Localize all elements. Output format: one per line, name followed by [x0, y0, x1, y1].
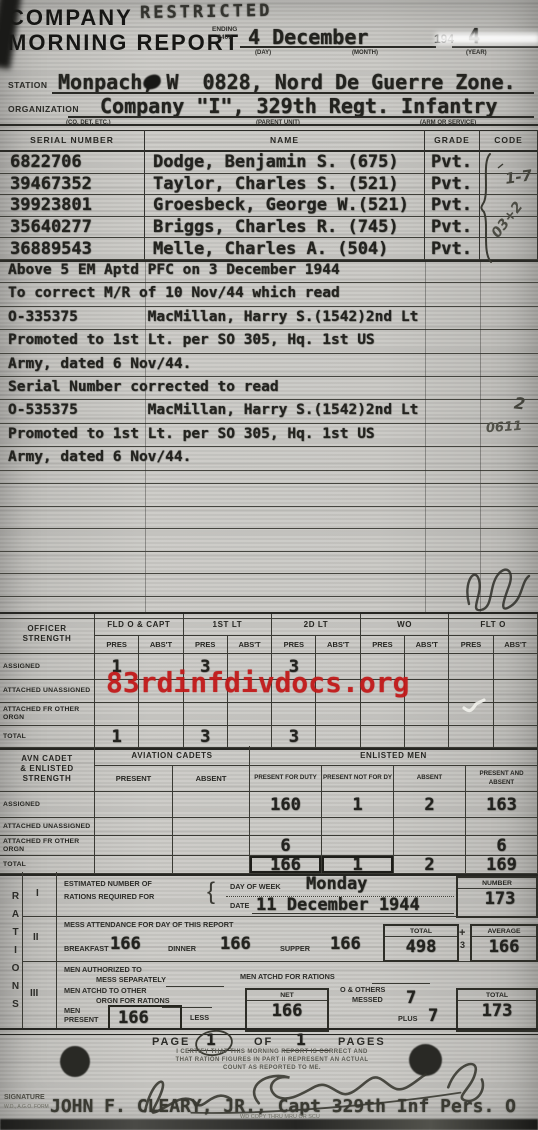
signature-label: SIGNATURE	[4, 1094, 45, 1101]
pres-header: PRES	[449, 636, 493, 654]
officer-word: OFFICER	[27, 624, 66, 634]
pres-header: PRES	[361, 636, 405, 654]
subheader-present-not-for-dy: PRESENT NOT FOR DY	[322, 766, 394, 792]
col-header-name: NAME	[145, 130, 425, 152]
enlisted-cell	[173, 792, 250, 818]
pres-header: PRES	[184, 636, 228, 654]
enlisted-strength-table: AVN CADET & ENLISTED STRENGTH AVIATION C…	[0, 746, 538, 876]
table-row: Groesbeck, George W.(521)	[145, 195, 425, 217]
officer-cell	[494, 654, 538, 680]
table-row: Dodge, Benjamin S. (675)	[145, 152, 425, 174]
table-row: Pvt.	[425, 174, 480, 196]
year-sublabel: (YEAR)	[466, 50, 487, 56]
number-box: NUMBER 173	[456, 876, 538, 918]
remark-line: O-535375 MacMillan, Harry S.(1542)2nd Lt	[0, 400, 538, 423]
estimated-rations-label2: RATIONS REQUIRED FOR	[64, 892, 154, 901]
officer-cell	[316, 703, 360, 726]
subheader-absent: ABSENT	[173, 766, 250, 792]
organization-underline	[68, 116, 534, 118]
enlisted-cell	[95, 792, 173, 818]
rations-side-label: RATIONS	[3, 878, 21, 1030]
form-title-line1: COMPANY	[8, 5, 133, 31]
strength-word: STRENGTH	[23, 634, 72, 644]
officer-cell: 1	[95, 726, 139, 748]
men-authorized-label: MEN AUTHORIZED TO	[64, 965, 142, 974]
enlisted-cell	[394, 818, 466, 836]
pres-header: PRES	[95, 636, 139, 654]
officer-cell	[449, 654, 493, 680]
rations-bottom-rule	[0, 1028, 538, 1035]
form-number-note: W.D., A.G.O. FORM	[4, 1104, 49, 1110]
row-attached-unassigned: ATTACHED UNASSIGNED	[0, 680, 95, 703]
restricted-stamp: RESTRICTED	[140, 1, 273, 23]
strength-word: STRENGTH	[23, 774, 72, 784]
divide-plus-sign: +	[459, 927, 465, 939]
month-sublabel: (MONTH)	[352, 50, 378, 56]
remark-text: O-335375 MacMillan, Harry S.(1542)2nd Lt	[8, 309, 418, 325]
men-present-box: 166	[108, 1005, 182, 1030]
dinner-label: DINNER	[168, 944, 196, 953]
abst-header: ABS'T	[139, 636, 183, 654]
officer-cell	[449, 726, 493, 748]
group-flt-o: FLT O	[449, 614, 538, 636]
men-present-value: 166	[118, 1008, 149, 1028]
rations-divider	[22, 872, 23, 1030]
table-row: 39923801	[0, 195, 145, 217]
officer-strength-header: OFFICER STRENGTH	[0, 614, 95, 654]
table-row: Pvt.	[425, 195, 480, 217]
officer-cell	[405, 703, 449, 726]
remark-text: Serial Number corrected to read	[8, 379, 279, 395]
officer-cell	[494, 703, 538, 726]
year-underline	[452, 46, 538, 48]
remark-line: Above 5 EM Aptd PFC on 3 December 1944	[0, 260, 538, 283]
officer-cell: 3	[184, 726, 228, 748]
remark-text: Promoted to 1st Lt. per SO 305, Hq. 1st …	[8, 426, 375, 442]
less-label: LESS	[190, 1013, 209, 1022]
number-label: NUMBER	[458, 878, 536, 889]
table-row: 6822706	[0, 152, 145, 174]
net-box: NET 166	[245, 988, 329, 1032]
day-of-week-value: Monday	[306, 874, 367, 894]
plus-label: PLUS	[398, 1014, 417, 1023]
group-wo: WO	[361, 614, 450, 636]
remark-text: Above 5 EM Aptd PFC on 3 December 1944	[8, 262, 340, 278]
officer-cell	[405, 726, 449, 748]
remark-text: O-535375 MacMillan, Harry S.(1542)2nd Lt	[8, 402, 418, 418]
mess-attendance-title: MESS ATTENDANCE FOR DAY OF THIS REPORT	[64, 920, 233, 929]
officer-cell	[494, 680, 538, 703]
officer-cell	[228, 703, 272, 726]
rations-total-value: 173	[458, 1001, 536, 1021]
remark-line: Army, dated 6 Nov/44.	[0, 354, 538, 377]
remark-line: Promoted to 1st Lt. per SO 305, Hq. 1st …	[0, 424, 538, 447]
row-total: TOTAL	[0, 726, 95, 748]
handwritten-code-note: 1-7	[504, 166, 533, 188]
net-value: 166	[247, 1001, 327, 1021]
others-value: 7	[406, 988, 416, 1008]
roster-table: SERIAL NUMBER NAME GRADE CODE 6822706 Do…	[0, 130, 538, 262]
plus-value: 7	[428, 1006, 438, 1026]
remark-text: Army, dated 6 Nov/44.	[8, 356, 191, 372]
average-box: AVERAGE 166	[470, 924, 538, 962]
remarks-section: Above 5 EM Aptd PFC on 3 December 1944 T…	[0, 260, 538, 471]
supper-label: SUPPER	[280, 944, 310, 953]
rations-numeral-1: I	[36, 888, 39, 899]
ending-word: ENDING	[212, 26, 237, 33]
divide-by-three: 3	[460, 940, 465, 950]
average-label: AVERAGE	[472, 926, 536, 937]
enlisted-cell: 6	[250, 836, 322, 856]
subheader-present: PRESENT	[95, 766, 173, 792]
officer-cell	[228, 726, 272, 748]
mess-separately-underline	[166, 986, 224, 987]
white-check-mark	[462, 698, 486, 716]
table-row: 39467352	[0, 174, 145, 196]
enlisted-cell-boxed: 1	[322, 856, 394, 874]
scan-white-streak	[436, 33, 538, 44]
abst-header: ABS'T	[228, 636, 272, 654]
enlisted-word: & ENLISTED	[20, 764, 74, 774]
of-label: OF	[254, 1036, 273, 1048]
enlisted-cell	[394, 836, 466, 856]
brace-glyph: {	[207, 878, 215, 906]
mess-total-value: 498	[385, 937, 457, 957]
mess-total-label: TOTAL	[385, 926, 457, 937]
enlisted-cell	[173, 856, 250, 874]
table-row: Pvt.	[425, 152, 480, 174]
net-label: NET	[247, 990, 327, 1001]
average-value: 166	[472, 937, 536, 957]
station-value: Monpach, W 0828, Nord De Guerre Zone.	[58, 70, 516, 94]
enlisted-cell: 169	[466, 856, 538, 874]
morning-report-document: COMPANY MORNING REPORT RESTRICTED ENDING…	[0, 0, 538, 1130]
supper-value: 166	[330, 934, 361, 954]
rations-date-underline	[252, 913, 454, 914]
row-attached-unassigned: ATTACHED UNASSIGNED	[0, 818, 95, 836]
enlisted-cell	[173, 836, 250, 856]
enlisted-cell	[95, 836, 173, 856]
avn-cadet-word: AVN CADET	[21, 754, 72, 764]
remark-line: O-335375 MacMillan, Harry S.(1542)2nd Lt	[0, 307, 538, 330]
subheader-present-for-duty: PRESENT FOR DUTY	[250, 766, 322, 792]
rations-divider	[22, 961, 538, 962]
others-label2: MESSED	[352, 995, 383, 1004]
row-total: TOTAL	[0, 856, 95, 874]
officer-cell	[139, 703, 183, 726]
handwritten-brace	[478, 152, 504, 264]
handwritten-serial-code: 0611	[486, 419, 523, 436]
col-header-code: CODE	[480, 130, 538, 152]
officer-cell	[361, 703, 405, 726]
col-header-grade: GRADE	[425, 130, 480, 152]
present-label: PRESENT	[64, 1015, 98, 1024]
remark-text: To correct M/R of 10 Nov/44 which read	[8, 285, 340, 301]
ending-label: ENDING 2400	[212, 26, 237, 43]
group-aviation-cadets: AVIATION CADETS	[95, 746, 250, 766]
enlisted-cell	[173, 818, 250, 836]
abst-header: ABS'T	[316, 636, 360, 654]
officer-cell	[405, 654, 449, 680]
site-watermark: 83rdinfdivdocs.org	[106, 666, 409, 699]
mess-total-box: TOTAL 498	[383, 924, 459, 962]
row-attached-fr-other: ATTACHED FR OTHER ORGN	[0, 836, 95, 856]
table-row: 36889543	[0, 238, 145, 260]
officer-cell	[272, 703, 316, 726]
table-row: 35640277	[0, 217, 145, 239]
row-assigned: ASSIGNED	[0, 654, 95, 680]
enlisted-cell-boxed: 166	[250, 856, 322, 874]
table-row: Melle, Charles A. (504)	[145, 238, 425, 260]
enlisted-cell	[322, 836, 394, 856]
remark-text: Promoted to 1st Lt. per SO 305, Hq. 1st …	[8, 332, 375, 348]
remark-line: To correct M/R of 10 Nov/44 which read	[0, 283, 538, 306]
organization-value: Company "I", 329th Regt. Infantry	[100, 94, 497, 118]
enlisted-cell	[466, 818, 538, 836]
table-row: Briggs, Charles R. (745)	[145, 217, 425, 239]
enlisted-cell: 6	[466, 836, 538, 856]
officer-cell	[95, 703, 139, 726]
officer-cell	[139, 726, 183, 748]
pages-number: 1	[296, 1030, 306, 1049]
enlisted-cell	[95, 818, 173, 836]
rations-numeral-2: II	[33, 932, 39, 943]
enlisted-cell: 1	[322, 792, 394, 818]
day-of-week-label: DAY OF WEEK	[230, 882, 281, 891]
table-row: Taylor, Charles S. (521)	[145, 174, 425, 196]
atchd-other-label1: MEN ATCHD TO OTHER	[64, 986, 147, 995]
rations-date-label: DATE	[230, 901, 249, 910]
group-fldo-capt: FLD O & CAPT	[95, 614, 184, 636]
punch-hole-mark	[60, 1046, 90, 1077]
enlisted-strength-header: AVN CADET & ENLISTED STRENGTH	[0, 746, 95, 792]
group-1st-lt: 1ST LT	[184, 614, 273, 636]
subheader-absent-em: ABSENT	[394, 766, 466, 792]
row-attached-fr-other: ATTACHED FR OTHER ORGN	[0, 703, 95, 726]
pres-header: PRES	[272, 636, 316, 654]
enlisted-cell	[250, 818, 322, 836]
atchd-other-label2: ORGN FOR RATIONS	[96, 996, 170, 1005]
dinner-value: 166	[220, 934, 251, 954]
rations-total-box: TOTAL 173	[456, 988, 538, 1032]
pages-label: PAGES	[338, 1036, 386, 1048]
date-underline	[240, 46, 436, 48]
rations-numeral-3: III	[30, 988, 38, 999]
table-row: Pvt.	[425, 238, 480, 260]
enlisted-cell	[322, 818, 394, 836]
estimated-rations-label: ESTIMATED NUMBER OF	[64, 879, 152, 888]
handwritten-initials	[455, 548, 535, 618]
breakfast-label: BREAKFAST	[64, 944, 109, 953]
group-enlisted-men: ENLISTED MEN	[250, 746, 538, 766]
rations-date-value: 11 December 1944	[256, 895, 420, 915]
abst-header: ABS'T	[405, 636, 449, 654]
others-label1: O & OTHERS	[340, 985, 385, 994]
station-label: STATION	[8, 80, 48, 90]
enlisted-cell: 2	[394, 792, 466, 818]
enlisted-cell: 160	[250, 792, 322, 818]
handwritten-mark: 2	[513, 393, 526, 413]
breakfast-value: 166	[110, 934, 141, 954]
day-sublabel: (DAY)	[255, 50, 271, 56]
officer-cell	[405, 680, 449, 703]
enlisted-cell	[95, 856, 173, 874]
officer-cell: 3	[272, 726, 316, 748]
table-row: Pvt.	[425, 217, 480, 239]
row-assigned: ASSIGNED	[0, 792, 95, 818]
officer-cell	[184, 703, 228, 726]
number-value: 173	[458, 889, 536, 909]
page-label: PAGE	[152, 1036, 190, 1048]
scan-bottom-edge	[0, 1119, 538, 1130]
subheader-present-and-absent: PRESENT AND ABSENT	[466, 766, 538, 792]
officer-cell	[316, 726, 360, 748]
remark-line: Serial Number corrected to read	[0, 377, 538, 400]
cert-line1: I CERTIFY THAT THIS MORNING REPORT IS CO…	[92, 1048, 452, 1056]
mess-separately-label: MESS SEPARATELY	[96, 975, 166, 984]
remark-line: Promoted to 1st Lt. per SO 305, Hq. 1st …	[0, 330, 538, 353]
men-label: MEN	[64, 1006, 80, 1015]
rations-total-label: TOTAL	[458, 990, 536, 1001]
form-title-line2: MORNING REPORT	[8, 30, 240, 56]
enlisted-cell: 163	[466, 792, 538, 818]
organization-label: ORGANIZATION	[8, 104, 79, 114]
officer-cell	[494, 726, 538, 748]
group-2d-lt: 2D LT	[272, 614, 361, 636]
ending-time: 2400	[217, 34, 231, 41]
men-atchd-rations-label: MEN ATCHD FOR RATIONS	[240, 972, 335, 981]
abst-header: ABS'T	[494, 636, 538, 654]
officer-cell	[361, 726, 405, 748]
rations-divider	[56, 872, 57, 1030]
men-atchd-rations-underline	[372, 983, 430, 984]
enlisted-cell: 2	[394, 856, 466, 874]
col-header-serial: SERIAL NUMBER	[0, 130, 145, 152]
